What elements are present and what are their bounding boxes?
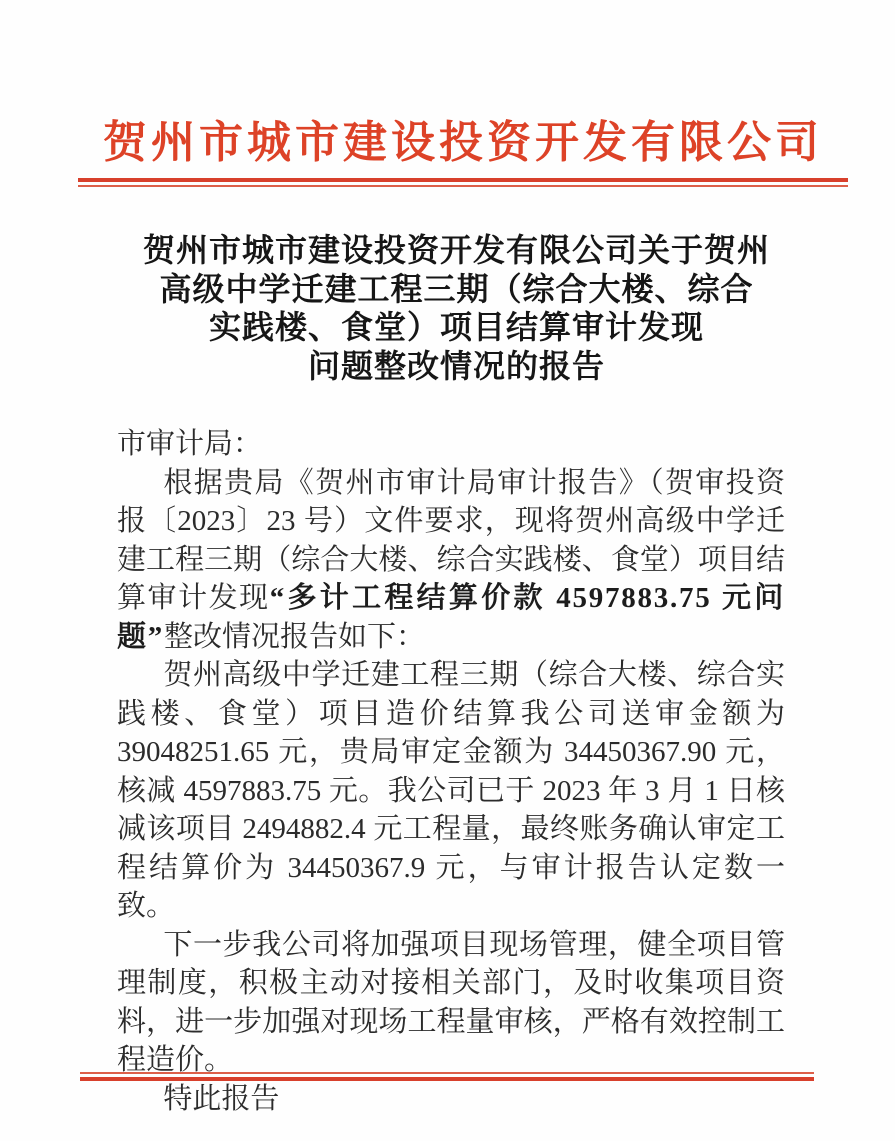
document-body: 市审计局： 根据贵局《贺州市审计局审计报告》（贺审投资报〔2023〕23 号）文… <box>0 425 895 1118</box>
closing-statement: 特此报告 <box>117 1080 785 1119</box>
paragraph-audit-basis: 根据贵局《贺州市审计局审计报告》（贺审投资报〔2023〕23 号）文件要求，现将… <box>117 464 785 657</box>
letterhead: 贺州市城市建设投资开发有限公司 <box>0 0 895 187</box>
document-title-line-2: 高级中学迁建工程三期（综合大楼、综合 <box>18 270 895 309</box>
letterhead-company-name: 贺州市城市建设投资开发有限公司 <box>78 0 848 170</box>
salutation: 市审计局： <box>117 425 785 464</box>
document-title: 贺州市城市建设投资开发有限公司关于贺州 高级中学迁建工程三期（综合大楼、综合 实… <box>0 231 895 385</box>
document-title-line-4: 问题整改情况的报告 <box>18 347 895 386</box>
scanned-document-page: 贺州市城市建设投资开发有限公司 贺州市城市建设投资开发有限公司关于贺州 高级中学… <box>0 0 895 1141</box>
document-title-line-3: 实践楼、食堂）项目结算审计发现 <box>18 308 895 347</box>
document-title-line-1: 贺州市城市建设投资开发有限公司关于贺州 <box>18 231 895 270</box>
paragraph-improvement-measures: 下一步我公司将加强项目现场管理，健全项目管理制度，积极主动对接相关部门，及时收集… <box>117 926 785 1080</box>
paragraph-settlement-detail: 贺州高级中学迁建工程三期（综合大楼、综合实践楼、食堂）项目造价结算我公司送审金额… <box>117 656 785 926</box>
footer-double-rule <box>80 1072 814 1081</box>
letterhead-double-rule <box>78 178 848 187</box>
text-segment-post: 整改情况报告如下： <box>164 621 425 653</box>
